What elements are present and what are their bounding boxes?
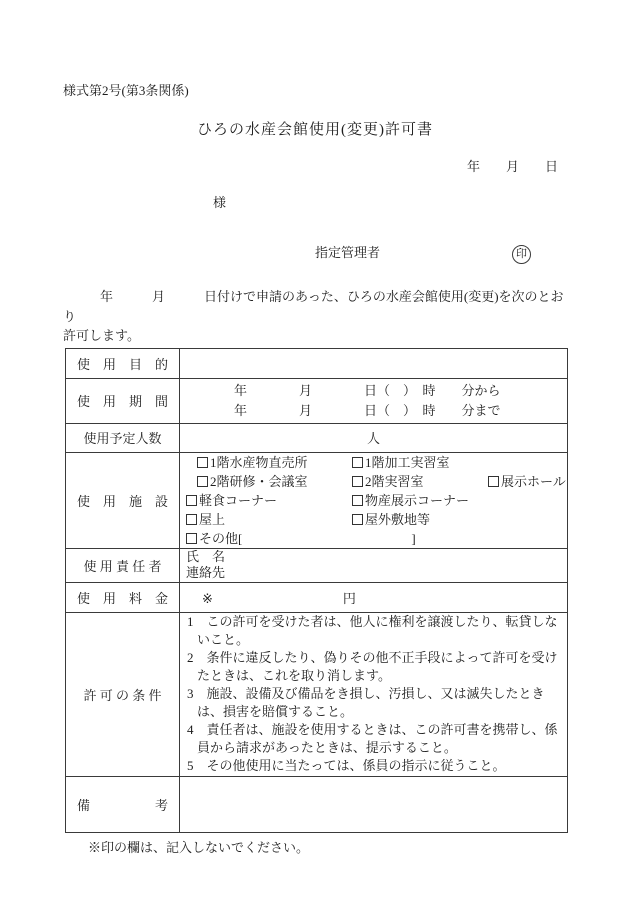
checkbox-icon	[186, 495, 197, 506]
row-facilities: 使 用 施 設 1階水産物直売所1階加工実習室 2階研修・会議室2階実習室展示ホ…	[66, 452, 568, 548]
people-label: 使用予定人数	[66, 423, 180, 452]
facility-option: 屋外敷地等	[352, 512, 430, 527]
seal-icon: 印	[512, 245, 531, 264]
remarks-value-cell	[180, 776, 568, 832]
responsible-name-label: 氏 名	[180, 549, 567, 565]
checkbox-icon	[352, 457, 363, 468]
seal-character: 印	[516, 249, 527, 260]
condition-item-1: 1 この許可を受けた者は、他人に権利を譲渡したり、転貸しないこと。	[180, 613, 567, 649]
facility-line-1: 1階水産物直売所1階加工実習室	[180, 453, 567, 472]
checkbox-icon	[197, 457, 208, 468]
facility-option-label: その他[ ]	[199, 531, 416, 546]
facility-option: 物産展示コーナー	[352, 493, 469, 508]
facility-option-label: 物産展示コーナー	[365, 493, 469, 508]
addressee-label: 様	[213, 194, 630, 211]
facility-option: 2階研修・会議室	[197, 472, 352, 491]
condition-item-5: 5 その他使用に当たっては、係員の指示に従うこと。	[180, 757, 567, 775]
fee-unit: 円	[343, 591, 356, 606]
intro-line-1: 年 月 日付けで申請のあった、ひろの水産会館使用(変更)を次のとおり	[63, 289, 564, 324]
row-period: 使 用 期 間 年 月 日（ ） 時 分から 年 月 日（ ） 時 分まで	[66, 378, 568, 423]
facility-option-other: その他[ ]	[186, 531, 416, 546]
purpose-value-cell	[180, 348, 568, 378]
period-block: 年 月 日（ ） 時 分から 年 月 日（ ） 時 分まで	[180, 381, 567, 421]
facility-option: 展示ホール	[488, 474, 566, 489]
checkbox-icon	[352, 514, 363, 525]
row-conditions: 許 可 の 条 件 1 この許可を受けた者は、他人に権利を譲渡したり、転貸しない…	[66, 612, 568, 776]
facility-line-4: 屋上屋外敷地等	[180, 510, 567, 529]
checkbox-icon	[352, 495, 363, 506]
row-remarks: 備 考	[66, 776, 568, 832]
period-value-cell: 年 月 日（ ） 時 分から 年 月 日（ ） 時 分まで	[180, 378, 568, 423]
facility-line-5: その他[ ]	[180, 529, 567, 548]
conditions-label: 許 可 の 条 件	[66, 612, 180, 776]
responsible-contact-label: 連絡先	[180, 565, 567, 581]
facility-line-3: 軽食コーナー物産展示コーナー	[180, 491, 567, 510]
people-unit: 人	[367, 431, 380, 446]
checkbox-icon	[197, 476, 208, 487]
fee-label: 使 用 料 金	[66, 582, 180, 612]
form-number: 様式第2号(第3条関係)	[63, 82, 630, 99]
facility-option-label: 2階研修・会議室	[210, 474, 308, 489]
condition-item-2: 2 条件に違反したり、偽りその他不正手段によって許可を受けたときは、これを取り消…	[180, 649, 567, 685]
period-label: 使 用 期 間	[66, 378, 180, 423]
checkbox-icon	[186, 514, 197, 525]
row-responsible: 使 用 責 任 者 氏 名 連絡先	[66, 548, 568, 582]
date-line: 年 月 日	[0, 158, 558, 175]
facility-option: 1階水産物直売所	[197, 453, 352, 472]
fee-value-cell: ※円	[180, 582, 568, 612]
remarks-label: 備 考	[66, 776, 180, 832]
footnote: ※印の欄は、記入しないでください。	[88, 839, 630, 856]
facility-option: 1階加工実習室	[352, 455, 450, 470]
page-title: ひろの水産会館使用(変更)許可書	[0, 120, 630, 141]
period-to: 年 月 日（ ） 時 分まで	[234, 401, 567, 421]
facilities-value-cell: 1階水産物直売所1階加工実習室 2階研修・会議室2階実習室展示ホール 軽食コーナ…	[180, 452, 568, 548]
facility-option-label: 展示ホール	[501, 474, 566, 489]
condition-item-4: 4 責任者は、施設を使用するときは、この許可書を携帯し、係員から請求があったとき…	[180, 721, 567, 757]
manager-label: 指定管理者	[315, 245, 380, 260]
document-page: 様式第2号(第3条関係) ひろの水産会館使用(変更)許可書 年 月 日 様 指定…	[0, 0, 630, 915]
facility-option: 屋上	[186, 510, 352, 529]
manager-line: 指定管理者印	[315, 242, 630, 263]
facility-option: 軽食コーナー	[186, 491, 352, 510]
facility-option: 2階実習室	[352, 472, 488, 491]
intro-paragraph: 年 月 日付けで申請のあった、ひろの水産会館使用(変更)を次のとおり許可します。	[63, 287, 572, 346]
row-purpose: 使 用 目 的	[66, 348, 568, 378]
people-value-cell: 人	[180, 423, 568, 452]
checkbox-icon	[186, 533, 197, 544]
facility-option-label: 1階加工実習室	[365, 455, 450, 470]
row-people: 使用予定人数 人	[66, 423, 568, 452]
conditions-value-cell: 1 この許可を受けた者は、他人に権利を譲渡したり、転貸しないこと。 2 条件に違…	[180, 612, 568, 776]
period-from: 年 月 日（ ） 時 分から	[234, 381, 567, 401]
checkbox-icon	[488, 476, 499, 487]
row-fee: 使 用 料 金 ※円	[66, 582, 568, 612]
permit-form-table: 使 用 目 的 使 用 期 間 年 月 日（ ） 時 分から 年 月 日（ ） …	[65, 348, 568, 833]
facility-option-label: 屋上	[199, 512, 225, 527]
condition-item-3: 3 施設、設備及び備品をき損し、汚損し、又は滅失したときは、損害を賠償すること。	[180, 685, 567, 721]
fee-asterisk-mark: ※	[202, 591, 213, 606]
facilities-label: 使 用 施 設	[66, 452, 180, 548]
responsible-label: 使 用 責 任 者	[66, 548, 180, 582]
facility-line-2: 2階研修・会議室2階実習室展示ホール	[180, 472, 567, 491]
checkbox-icon	[352, 476, 363, 487]
responsible-value-cell: 氏 名 連絡先	[180, 548, 568, 582]
facility-option-label: 軽食コーナー	[199, 493, 277, 508]
facility-option-label: 1階水産物直売所	[210, 455, 308, 470]
facility-option-label: 2階実習室	[365, 474, 424, 489]
facility-option-label: 屋外敷地等	[365, 512, 430, 527]
purpose-label: 使 用 目 的	[66, 348, 180, 378]
intro-line-2: 許可します。	[63, 328, 140, 343]
